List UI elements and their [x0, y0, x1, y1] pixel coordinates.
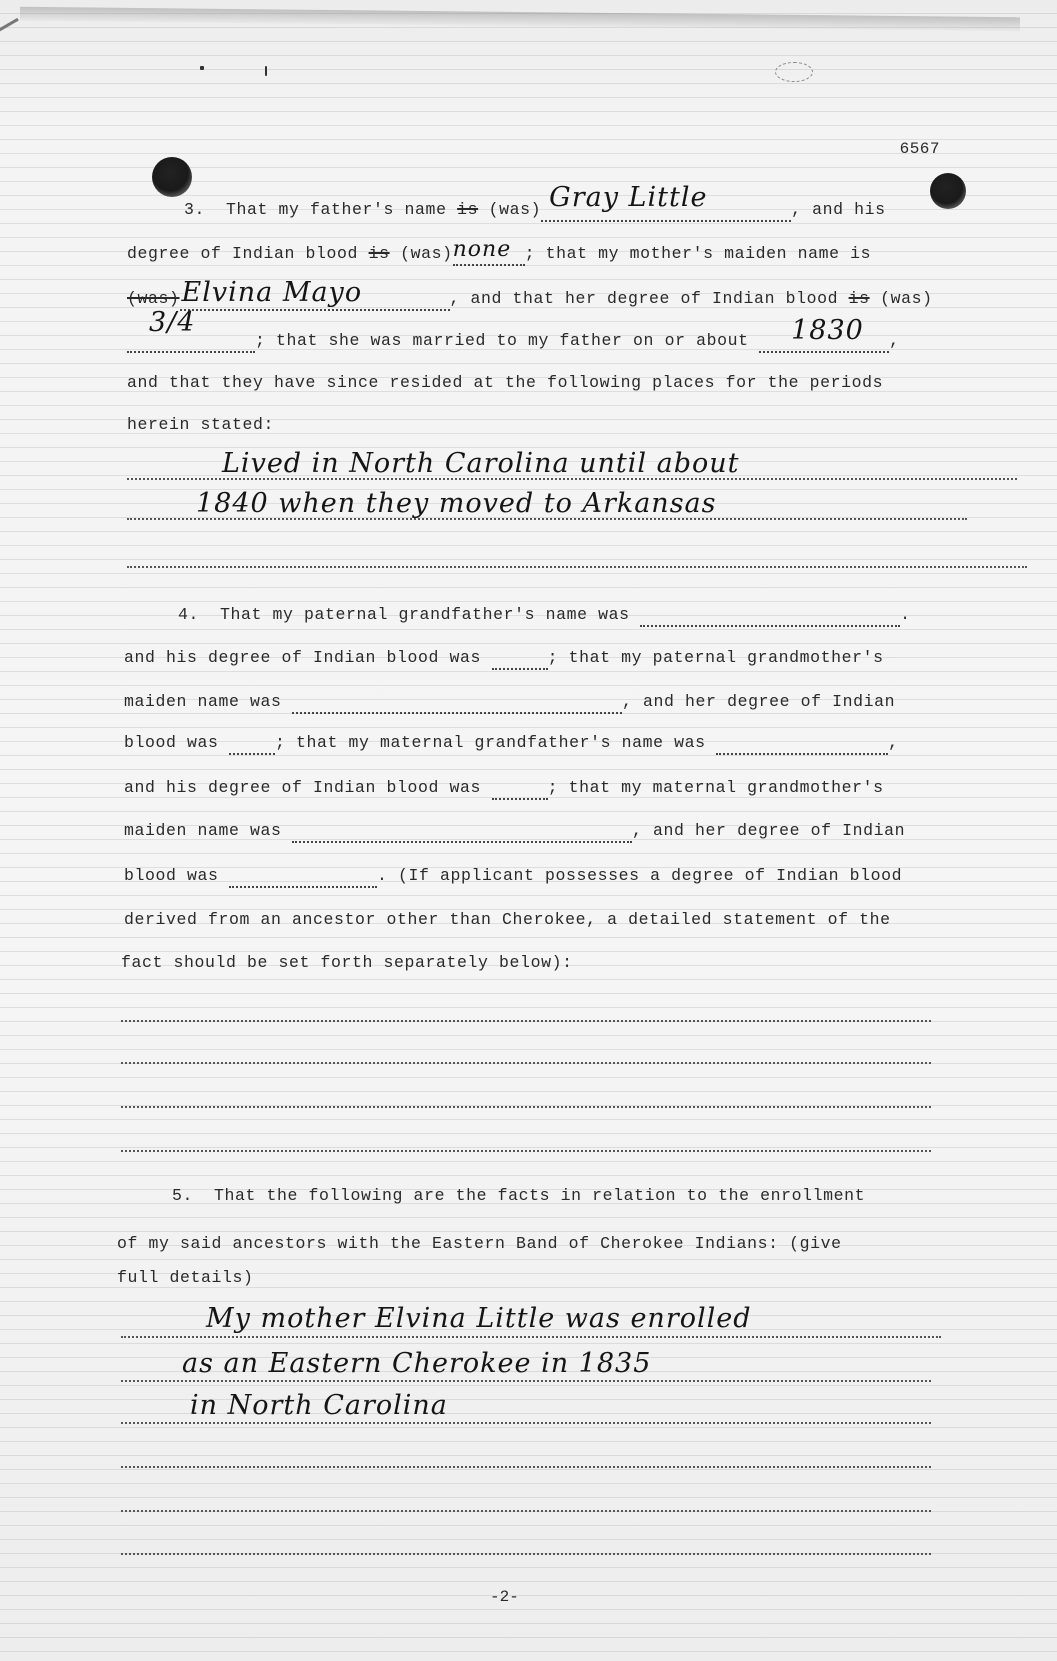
detail-line-2 — [121, 1380, 931, 1382]
mother-name-field: Elvina Mayo — [180, 289, 450, 311]
mother-blood-field: 3/4 — [127, 331, 255, 353]
s5-line-3: full details) — [117, 1268, 254, 1288]
s3-line-3: (was)Elvina Mayo , and that her degree o… — [127, 289, 933, 311]
s4-line-6: maiden name was , and her degree of Indi… — [124, 821, 905, 843]
s5-line-1: 5. That the following are the facts in r… — [172, 1186, 865, 1206]
punch-hole-right — [930, 173, 966, 209]
s4-line-3: maiden name was , and her degree of Indi… — [124, 692, 895, 714]
corner-fold-mark — [0, 18, 28, 47]
s3-line-2: degree of Indian blood is (was)none ; th… — [127, 244, 871, 266]
statement-line-3 — [121, 1106, 931, 1108]
s4-line-9: fact should be set forth separately belo… — [121, 953, 573, 973]
page-number: -2- — [490, 1588, 519, 1606]
speck-mark — [200, 66, 204, 70]
page-edge-shadow — [20, 7, 1020, 31]
speck-mark — [265, 66, 267, 76]
residence-line-3 — [127, 566, 1027, 568]
maternal-grandmother-blood-field — [229, 866, 377, 888]
detail-text-1: My mother Elvina Little was enrolled — [206, 1305, 752, 1333]
document-page: 6567 3. That my father's name is (was)Gr… — [0, 0, 1057, 1661]
s4-line-1: 4. That my paternal grandfather's name w… — [178, 605, 911, 627]
statement-line-1 — [121, 1020, 931, 1022]
marriage-year-field: 1830 — [759, 331, 889, 353]
section-number: 3. — [184, 200, 205, 219]
detail-text-3: in North Carolina — [190, 1392, 448, 1420]
detail-line-5 — [121, 1510, 931, 1512]
father-blood-field: none — [453, 244, 525, 266]
paternal-grandmother-blood-field — [229, 733, 275, 755]
s3-line-4: 3/4 ; that she was married to my father … — [127, 331, 900, 353]
detail-line-1 — [121, 1336, 941, 1338]
s4-line-7: blood was . (If applicant possesses a de… — [124, 866, 902, 888]
s4-line-2: and his degree of Indian blood was ; tha… — [124, 648, 884, 670]
maternal-grandmother-name-field — [292, 821, 632, 843]
paternal-grandfather-name-field — [640, 605, 900, 627]
s3-line-5: and that they have since resided at the … — [127, 373, 883, 393]
paternal-grandmother-name-field — [292, 692, 622, 714]
detail-line-3 — [121, 1422, 931, 1424]
detail-line-4 — [121, 1466, 931, 1468]
s3-line-1: 3. That my father's name is (was)Gray Li… — [184, 200, 886, 222]
maternal-grandfather-name-field — [716, 733, 888, 755]
stain-ring — [775, 62, 813, 82]
s4-line-8: derived from an ancestor other than Cher… — [124, 910, 891, 930]
punch-hole-left — [152, 157, 192, 197]
section-number: 5. — [172, 1186, 193, 1205]
paternal-grandfather-blood-field — [492, 648, 548, 670]
statement-line-2 — [121, 1062, 931, 1064]
document-number: 6567 — [900, 140, 940, 158]
residence-text-1: Lived in North Carolina until about — [222, 450, 740, 478]
maternal-grandfather-blood-field — [492, 778, 548, 800]
s3-line-6: herein stated: — [127, 415, 274, 435]
father-name-field: Gray Little — [541, 200, 791, 222]
detail-line-6 — [121, 1553, 931, 1555]
s4-line-5: and his degree of Indian blood was ; tha… — [124, 778, 884, 800]
statement-line-4 — [121, 1150, 931, 1152]
detail-text-2: as an Eastern Cherokee in 1835 — [182, 1350, 651, 1378]
residence-text-2: 1840 when they moved to Arkansas — [196, 490, 717, 518]
s4-line-4: blood was ; that my maternal grandfather… — [124, 733, 899, 755]
section-number: 4. — [178, 605, 199, 624]
s5-line-2: of my said ancestors with the Eastern Ba… — [117, 1234, 842, 1254]
